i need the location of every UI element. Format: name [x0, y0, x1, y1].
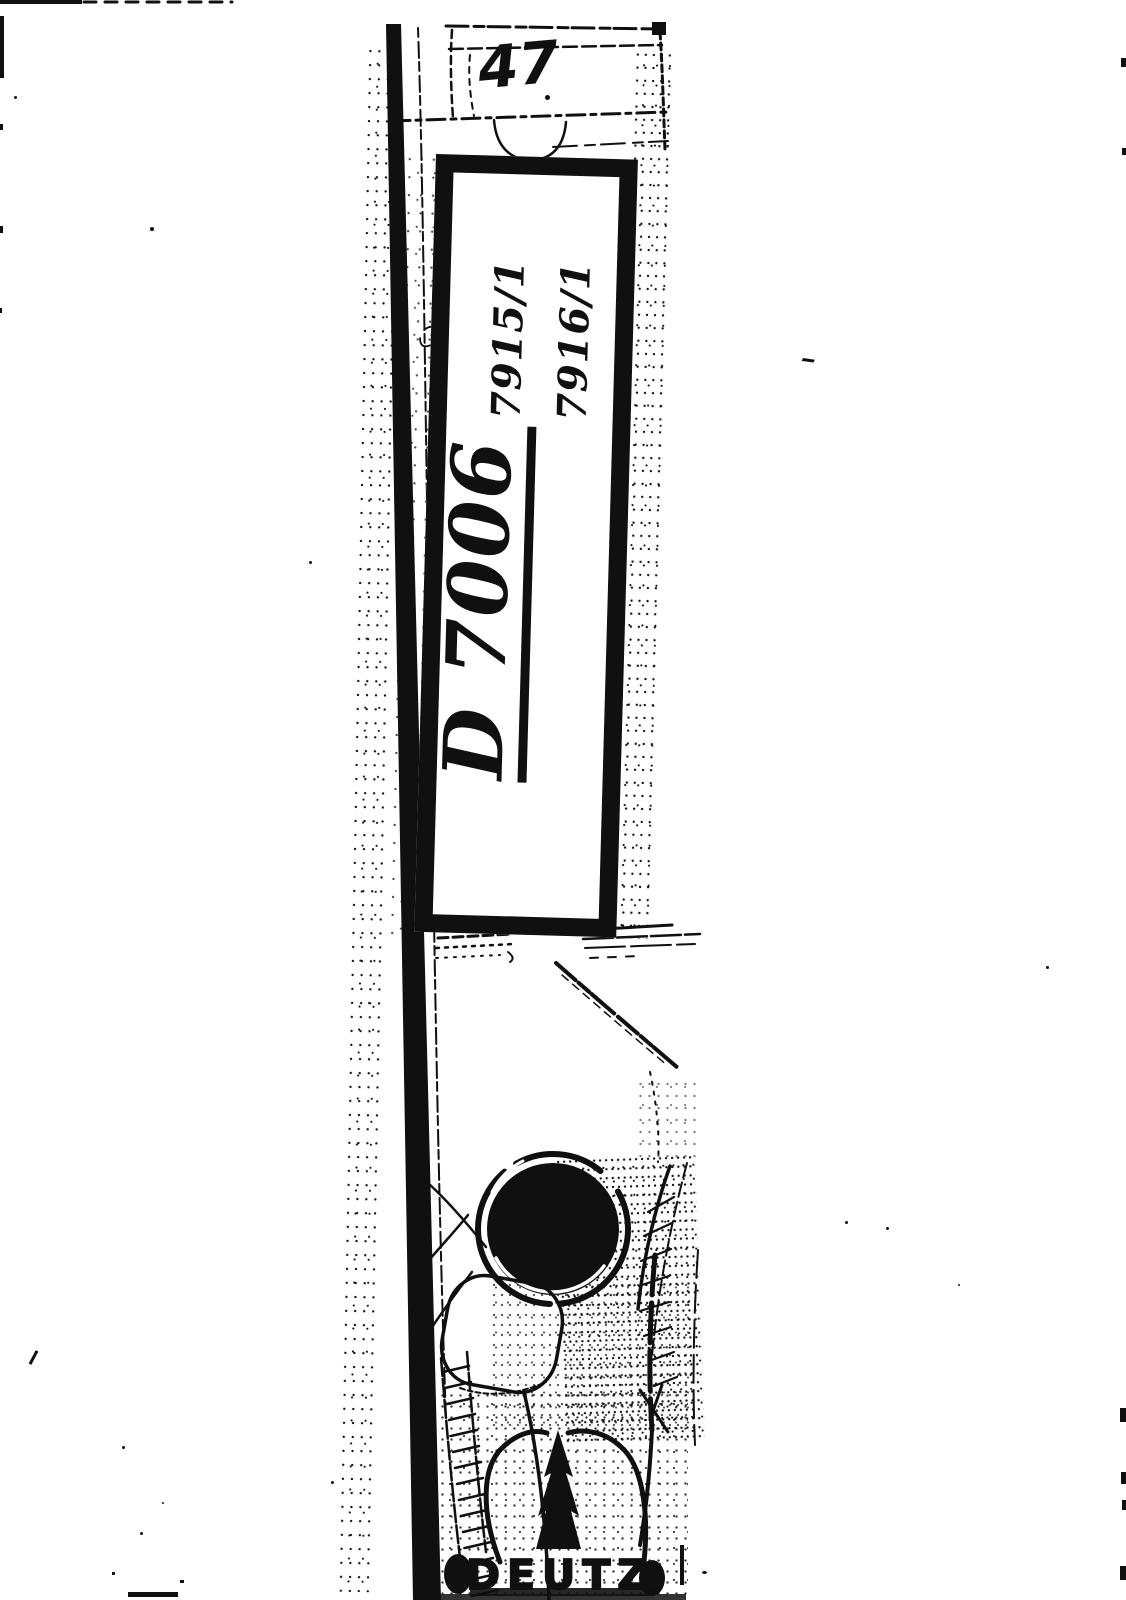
- reference-number-1: 7915/1: [487, 259, 531, 420]
- scanned-binder-spine-page: DEUTZ 47 D 7006 7915/1 7916/1: [0, 0, 1126, 1600]
- handwritten-tab-number: 47: [476, 33, 561, 98]
- spine-label-content: D 7006 7915/1 7916/1: [433, 172, 620, 918]
- model-number: D 7006: [431, 424, 537, 782]
- blob-outline-sketch: [435, 1270, 568, 1398]
- reference-number-2: 7916/1: [553, 261, 597, 422]
- diagonal-fold-sketch: [556, 963, 678, 1162]
- punch-hole: [451, 1127, 656, 1332]
- spine-label: D 7006 7915/1 7916/1: [414, 154, 638, 937]
- thumb-cut-arc: [494, 120, 566, 160]
- crest-spire: [536, 1430, 581, 1549]
- brand-wordmark: DEUTZ: [466, 1551, 654, 1599]
